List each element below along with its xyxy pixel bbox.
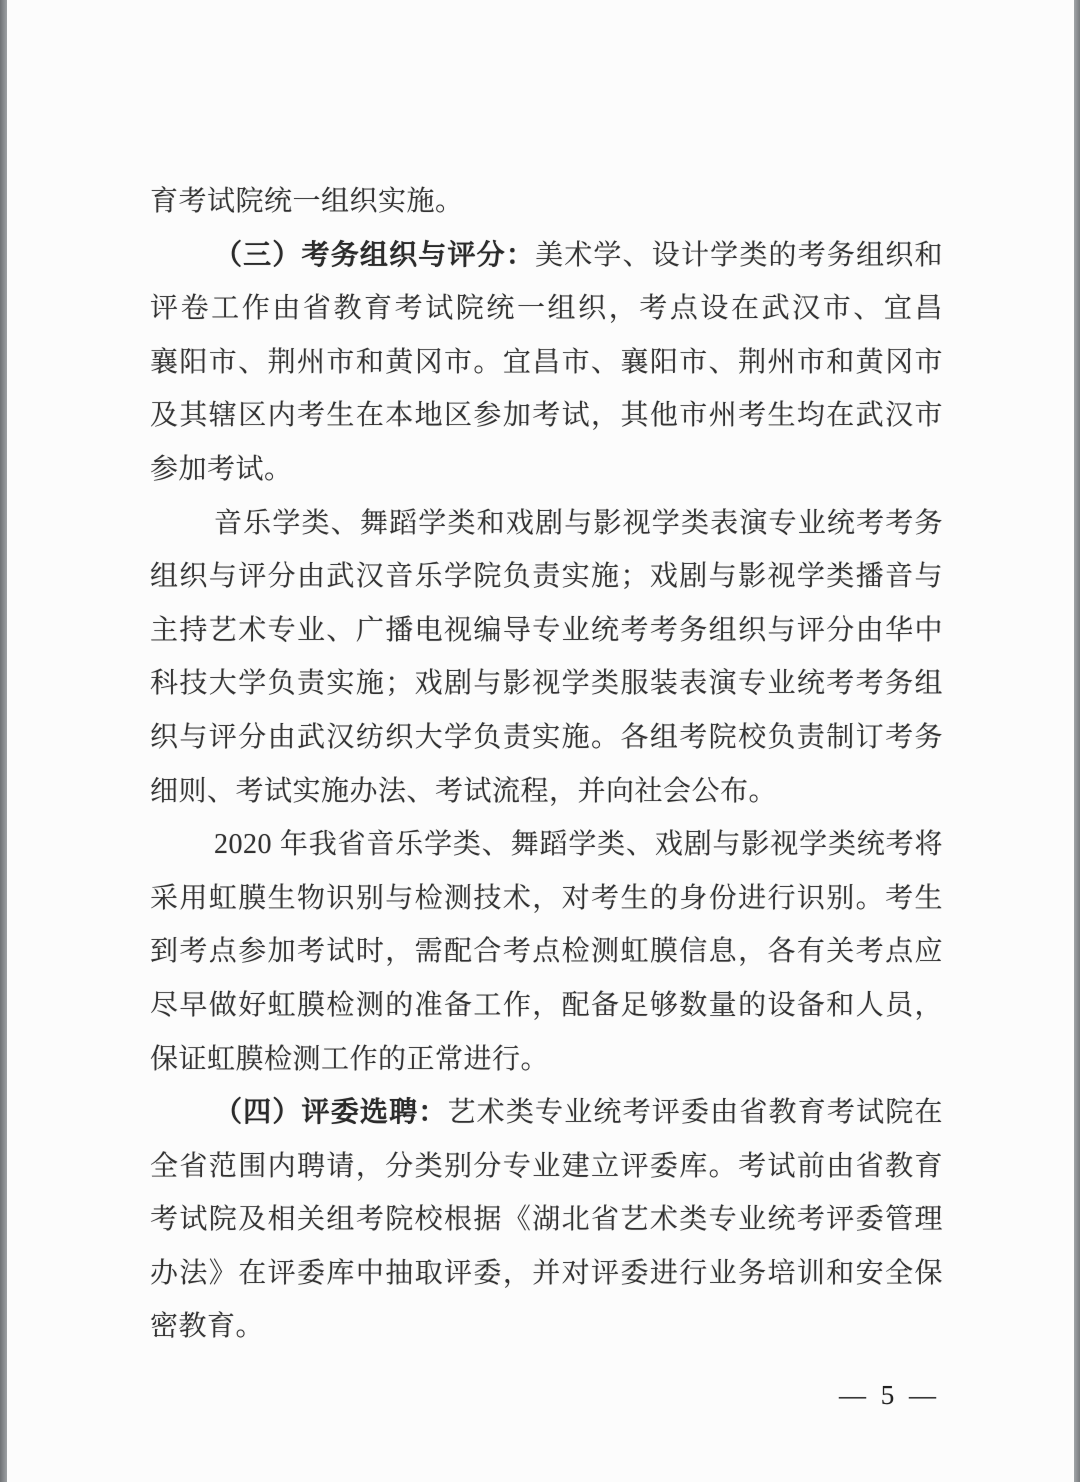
text-line: 到考点参加考试时，需配合考点检测虹膜信息，各有关考点应 [150, 925, 943, 979]
line-text: 办法》在评委库中抽取评委，并对评委进行业务培训和安全保 [150, 1258, 943, 1289]
text-line: 主持艺术专业、广播电视编导专业统考考务组织与评分由华中 [150, 604, 943, 658]
line-text: 音乐学类、舞蹈学类和戏剧与影视学类表演专业统考考务 [214, 508, 943, 539]
text-line: 办法》在评委库中抽取评委，并对评委进行业务培训和安全保 [150, 1247, 943, 1301]
line-text: 密教育。 [150, 1311, 264, 1342]
text-line: 参加考试。 [150, 443, 943, 497]
line-text: 保证虹膜检测工作的正常进行。 [150, 1044, 549, 1075]
text-line: 音乐学类、舞蹈学类和戏剧与影视学类表演专业统考考务 [150, 497, 943, 551]
text-line: （四）评委选聘：艺术类专业统考评委由省教育考试院在 [150, 1086, 943, 1140]
line-text: 细则、考试实施办法、考试流程，并向社会公布。 [150, 776, 777, 807]
line-text: 2020 年我省音乐学类、舞蹈学类、戏剧与影视学类统考将 [214, 829, 943, 860]
text-line: 襄阳市、荆州市和黄冈市。宜昌市、襄阳市、荆州市和黄冈市 [150, 336, 943, 390]
line-text: 评卷工作由省教育考试院统一组织，考点设在武汉市、宜昌市、 [150, 293, 943, 336]
line-text: 采用虹膜生物识别与检测技术，对考生的身份进行识别。考生 [150, 883, 943, 914]
line-text: 主持艺术专业、广播电视编导专业统考考务组织与评分由华中 [150, 615, 943, 646]
text-line: 采用虹膜生物识别与检测技术，对考生的身份进行识别。考生 [150, 872, 943, 926]
section-heading: （四）评委选聘： [214, 1097, 448, 1128]
text-line: 细则、考试实施办法、考试流程，并向社会公布。 [150, 765, 943, 819]
line-text: 织与评分由武汉纺织大学负责实施。各组考院校负责制订考务 [150, 722, 943, 753]
line-text: 艺术类专业统考评委由省教育考试院在 [448, 1097, 943, 1128]
text-line: 全省范围内聘请，分类别分专业建立评委库。考试前由省教育 [150, 1140, 943, 1194]
text-line: 育考试院统一组织实施。 [150, 175, 943, 229]
scanned-document-page: 育考试院统一组织实施。 （三）考务组织与评分：美术学、设计学类的考务组织和 评卷… [0, 0, 1080, 1482]
line-text: 美术学、设计学类的考务组织和 [535, 240, 943, 271]
line-text: 尽早做好虹膜检测的准备工作，配备足够数量的设备和人员， [150, 990, 943, 1021]
line-text: 考试院及相关组考院校根据《湖北省艺术类专业统考评委管理 [150, 1204, 943, 1235]
scan-edge-right [1074, 0, 1080, 1482]
text-line: （三）考务组织与评分：美术学、设计学类的考务组织和 [150, 229, 943, 283]
text-line: 密教育。 [150, 1300, 943, 1354]
line-text: 到考点参加考试时，需配合考点检测虹膜信息，各有关考点应 [150, 936, 943, 967]
line-text: 襄阳市、荆州市和黄冈市。宜昌市、襄阳市、荆州市和黄冈市 [150, 347, 943, 378]
line-text: 组织与评分由武汉音乐学院负责实施；戏剧与影视学类播音与 [150, 561, 943, 592]
line-text: 全省范围内聘请，分类别分专业建立评委库。考试前由省教育 [150, 1151, 943, 1182]
text-line: 科技大学负责实施；戏剧与影视学类服装表演专业统考考务组 [150, 657, 943, 711]
text-line: 组织与评分由武汉音乐学院负责实施；戏剧与影视学类播音与 [150, 550, 943, 604]
line-text: 科技大学负责实施；戏剧与影视学类服装表演专业统考考务组 [150, 668, 943, 699]
text-line: 评卷工作由省教育考试院统一组织，考点设在武汉市、宜昌市、 [150, 282, 943, 336]
text-line: 2020 年我省音乐学类、舞蹈学类、戏剧与影视学类统考将 [150, 818, 943, 872]
section-heading: （三）考务组织与评分： [214, 240, 535, 271]
text-line: 尽早做好虹膜检测的准备工作，配备足够数量的设备和人员， [150, 979, 943, 1033]
line-text: 及其辖区内考生在本地区参加考试，其他市州考生均在武汉市 [150, 400, 943, 431]
text-line: 及其辖区内考生在本地区参加考试，其他市州考生均在武汉市 [150, 389, 943, 443]
line-text: 育考试院统一组织实施。 [150, 186, 464, 217]
scan-edge-left [0, 0, 7, 1482]
text-line: 考试院及相关组考院校根据《湖北省艺术类专业统考评委管理 [150, 1193, 943, 1247]
document-body: 育考试院统一组织实施。 （三）考务组织与评分：美术学、设计学类的考务组织和 评卷… [150, 175, 943, 1354]
line-text: 参加考试。 [150, 454, 293, 485]
text-line: 织与评分由武汉纺织大学负责实施。各组考院校负责制订考务 [150, 711, 943, 765]
page-number: — 5 — [839, 1375, 940, 1415]
text-line: 保证虹膜检测工作的正常进行。 [150, 1033, 943, 1087]
